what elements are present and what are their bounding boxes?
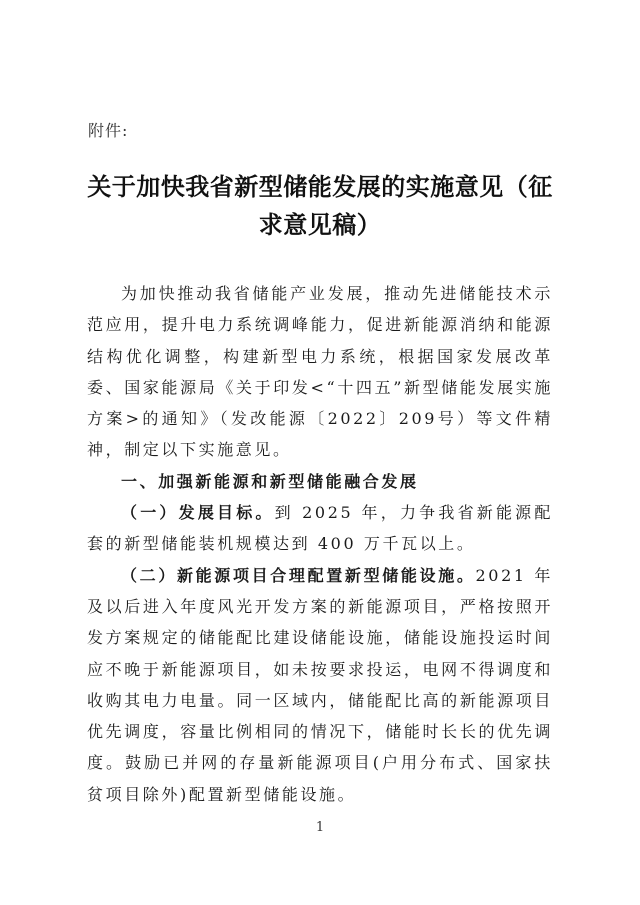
document-title: 关于加快我省新型储能发展的实施意见（征求意见稿） (80, 168, 560, 244)
item-paragraph: （一）发展目标。到 2025 年，力争我省新能源配套的新型储能装机规模达到 40… (87, 497, 553, 560)
intro-paragraph: 为加快推动我省储能产业发展，推动先进储能技术示范应用，提升电力系统调峰能力，促进… (87, 278, 553, 466)
attachment-label: 附件: (88, 118, 128, 141)
section-heading: 一、加强新能源和新型储能融合发展 (87, 466, 553, 497)
item-paragraph: （二）新能源项目合理配置新型储能设施。2021 年及以后进入年度风光开发方案的新… (87, 560, 553, 810)
item-label: （一）发展目标。 (121, 503, 275, 522)
document-page: 附件: 关于加快我省新型储能发展的实施意见（征求意见稿） 为加快推动我省储能产业… (0, 0, 640, 905)
page-number: 1 (0, 820, 640, 835)
item-label: （二）新能源项目合理配置新型储能设施。 (121, 566, 476, 585)
document-body: 为加快推动我省储能产业发展，推动先进储能技术示范应用，提升电力系统调峰能力，促进… (87, 278, 553, 810)
item-text: 2021 年及以后进入年度风光开发方案的新能源项目，严格按照开发方案规定的储能配… (87, 566, 553, 804)
